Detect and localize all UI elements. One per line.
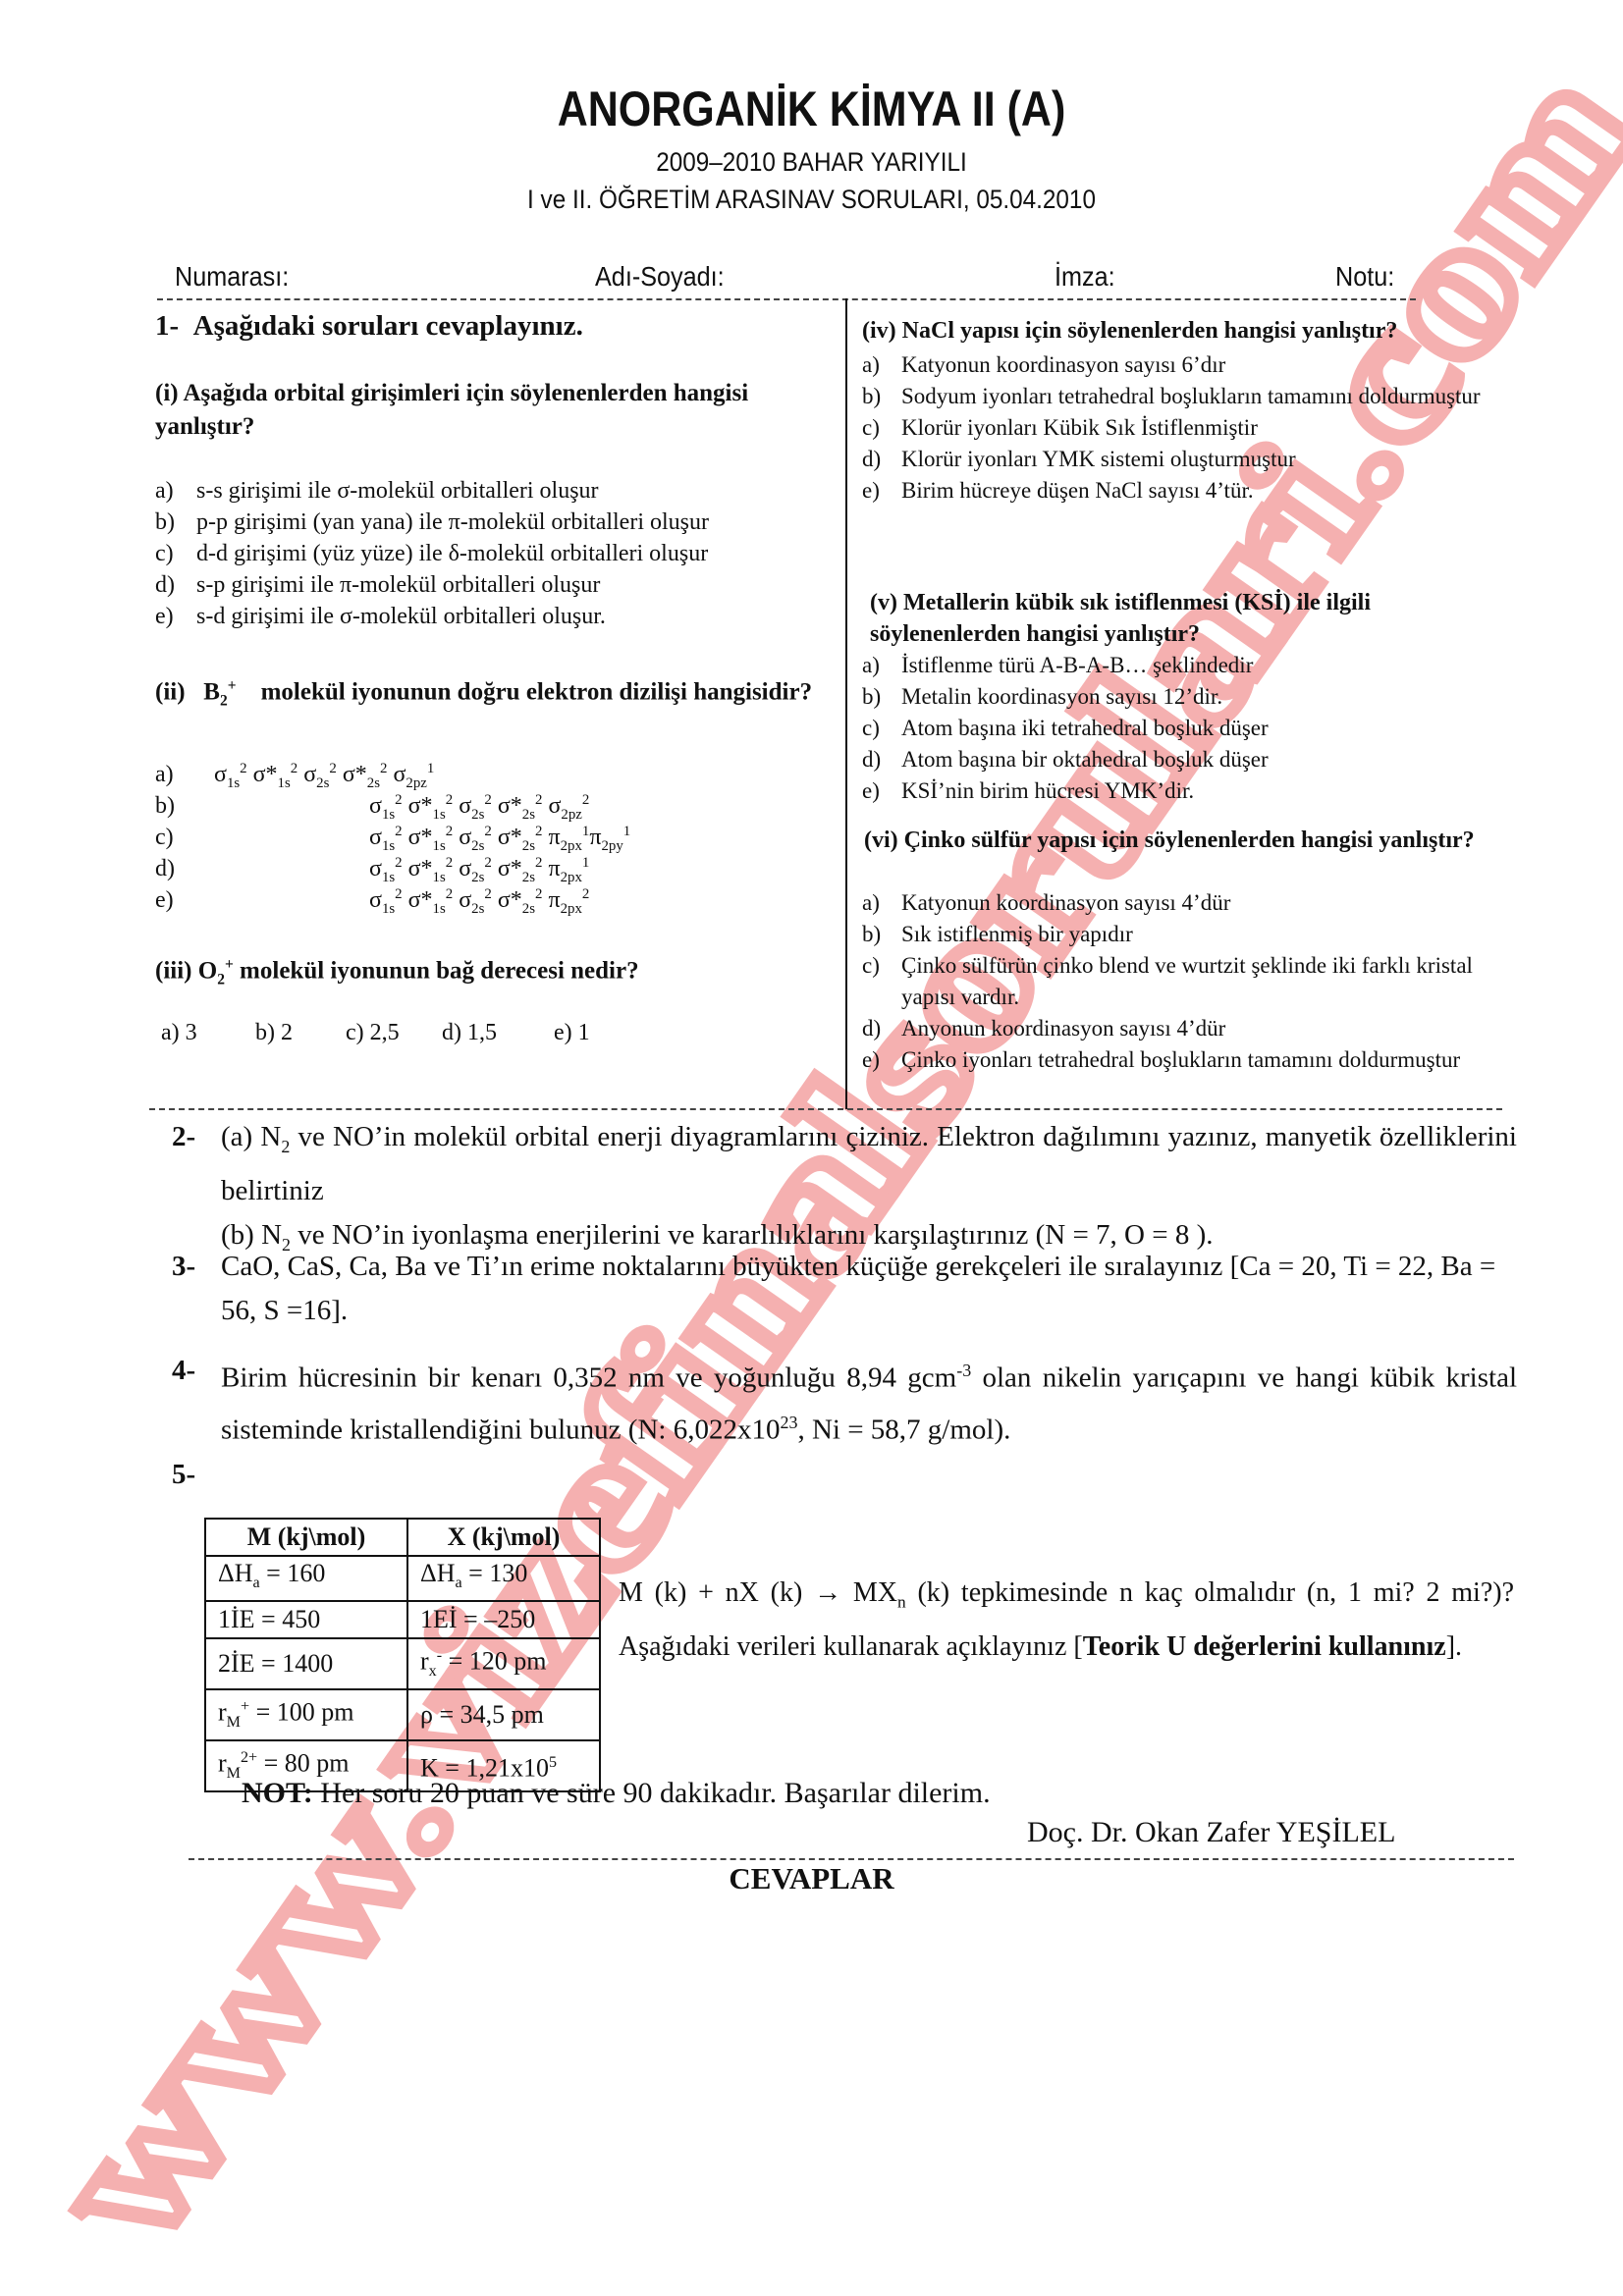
data-table: M (kj\mol) X (kj\mol) ΔHa = 160 ΔHa = 13… — [204, 1518, 601, 1792]
option-vi-b[interactable]: b)Sık istiflenmiş bir yapıdır — [862, 919, 1530, 950]
option-text: s-d girişimi ile σ-molekül orbitalleri o… — [196, 601, 709, 632]
question-1-iii-options: a) 3b) 2c) 2,5d) 1,5e) 1 — [161, 1017, 613, 1048]
option-vi-a[interactable]: a)Katyonun koordinasyon sayısı 4’dür — [862, 887, 1530, 919]
option-vi-d[interactable]: d)Anyonun koordinasyon sayısı 4’dür — [862, 1013, 1530, 1044]
exam-title: ANORGANİK KİMYA II (A) — [114, 80, 1510, 137]
option-text: KSİ’nin birim hücresi YMK’dir. — [901, 775, 1520, 807]
option-label: e) — [862, 1044, 901, 1076]
header-divider — [157, 298, 1416, 300]
option-text: Katyonun koordinasyon sayısı 4’dür — [901, 887, 1530, 919]
option-ii-b[interactable]: b)σ1s2 σ*1s2 σ2s2 σ*2s2 σ2pz2 — [155, 792, 589, 824]
option-label: a) — [862, 650, 901, 681]
option-text: Atom başına bir oktahedral boşluk düşer — [901, 744, 1520, 775]
question-1-vi: (vi) Çinko sülfür yapısı için söylenenle… — [864, 825, 1492, 856]
option-v-b[interactable]: b)Metalin koordinasyon sayısı 12’dir. — [862, 681, 1520, 713]
option-text: p-p girişimi (yan yana) ile π-molekül or… — [196, 507, 709, 538]
question-4: 4- Birim hücresinin bir kenarı 0,352 nm … — [172, 1349, 1517, 1452]
cell: rx- = 120 pm — [407, 1638, 600, 1689]
option-label: e) — [155, 601, 196, 632]
option-text: s-p girişimi ile π-molekül orbitalleri o… — [196, 569, 709, 601]
option-iv-e[interactable]: e)Birim hücreye düşen NaCl sayısı 4’tür. — [862, 475, 1520, 507]
option-i-e[interactable]: e)s-d girişimi ile σ-molekül orbitalleri… — [155, 601, 709, 632]
option-i-a[interactable]: a)s-s girişimi ile σ-molekül orbitalleri… — [155, 475, 709, 507]
option-text: Atom başına iki tetrahedral boşluk düşer — [901, 713, 1520, 744]
answers-heading: CEVAPLAR — [0, 1861, 1623, 1896]
option-ii-d[interactable]: d)σ1s2 σ*1s2 σ2s2 σ*2s2 π2px1 — [155, 855, 589, 886]
option-iv-c[interactable]: c)Klorür iyonları Kübik Sık İstiflenmişt… — [862, 412, 1520, 444]
question-1-i-options: a)s-s girişimi ile σ-molekül orbitalleri… — [155, 475, 709, 632]
section-divider — [149, 1108, 1502, 1110]
option-i-d[interactable]: d)s-p girişimi ile π-molekül orbitalleri… — [155, 569, 709, 601]
option-text: Klorür iyonları YMK sistemi oluşturmuştu… — [901, 444, 1520, 475]
option-label: d) — [155, 569, 196, 601]
option-text: İstiflenme türü A-B-A-B… şeklindedir — [901, 650, 1520, 681]
option-i-c[interactable]: c)d-d girişimi (yüz yüze) ile δ-molekül … — [155, 538, 709, 569]
option-label: d) — [862, 1013, 901, 1044]
option-label: d) — [862, 444, 901, 475]
option-label: e) — [862, 775, 901, 807]
option-iii-e[interactable]: e) 1 — [554, 1017, 613, 1048]
question-5-number: 5- — [172, 1453, 221, 1497]
column-divider — [845, 298, 847, 1109]
option-iii-d[interactable]: d) 1,5 — [442, 1017, 554, 1048]
option-ii-a[interactable]: a)σ1s2 σ*1s2 σ2s2 σ*2s2 σ2pz1 — [155, 761, 434, 792]
option-text: Katyonun koordinasyon sayısı 6’dır — [901, 349, 1520, 381]
option-label: b) — [862, 681, 901, 713]
option-text: Sodyum iyonları tetrahedral boşlukların … — [901, 381, 1520, 412]
option-label: c) — [862, 412, 901, 444]
option-text: s-s girişimi ile σ-molekül orbitalleri o… — [196, 475, 709, 507]
option-label: a) — [155, 475, 196, 507]
option-text: Çinko iyonları tetrahedral boşlukların t… — [901, 1044, 1530, 1076]
option-text: Anyonun koordinasyon sayısı 4’dür — [901, 1013, 1530, 1044]
option-v-c[interactable]: c)Atom başına iki tetrahedral boşluk düş… — [862, 713, 1520, 744]
cell: ΔHa = 160 — [205, 1556, 407, 1601]
footer-divider — [189, 1858, 1514, 1860]
option-label: b) — [155, 507, 196, 538]
option-text: Çinko sülfürün çinko blend ve wurtzit şe… — [901, 950, 1530, 1013]
option-vi-e[interactable]: e)Çinko iyonları tetrahedral boşlukların… — [862, 1044, 1530, 1076]
option-iv-b[interactable]: b)Sodyum iyonları tetrahedral boşlukları… — [862, 381, 1520, 412]
option-ii-e[interactable]: e)σ1s2 σ*1s2 σ2s2 σ*2s2 π2px2 — [155, 886, 589, 918]
option-v-a[interactable]: a)İstiflenme türü A-B-A-B… şeklindedir — [862, 650, 1520, 681]
question-1-ii: (ii) B2+ molekül iyonunun doğru elektron… — [155, 669, 828, 718]
option-iii-a[interactable]: a) 3 — [161, 1017, 255, 1048]
option-label: e) — [862, 475, 901, 507]
option-ii-c[interactable]: c)σ1s2 σ*1s2 σ2s2 σ*2s2 π2px1π2py1 — [155, 824, 630, 855]
question-3: 3- CaO, CaS, Ca, Ba ve Ti’ın erime nokta… — [172, 1245, 1517, 1333]
option-text: Klorür iyonları Kübik Sık İstiflenmiştir — [901, 412, 1520, 444]
question-1-iv-options: a)Katyonun koordinasyon sayısı 6’dırb)So… — [862, 349, 1520, 507]
option-text: Sık istiflenmiş bir yapıdır — [901, 919, 1530, 950]
cell: ΔHa = 130 — [407, 1556, 600, 1601]
option-label: b) — [862, 381, 901, 412]
option-label: a) — [862, 349, 901, 381]
question-1-vi-options: a)Katyonun koordinasyon sayısı 4’dürb)Sı… — [862, 887, 1530, 1076]
option-text: Birim hücreye düşen NaCl sayısı 4’tür. — [901, 475, 1520, 507]
field-grade: Notu: — [1335, 261, 1394, 293]
option-text: d-d girişimi (yüz yüze) ile δ-molekül or… — [196, 538, 709, 569]
question-1-iv: (iv) NaCl yapısı için söylenenlerden han… — [862, 318, 1397, 345]
option-vi-c[interactable]: c)Çinko sülfürün çinko blend ve wurtzit … — [862, 950, 1530, 1013]
option-v-e[interactable]: e)KSİ’nin birim hücresi YMK’dir. — [862, 775, 1520, 807]
field-student-number: Numarası: — [175, 261, 289, 293]
option-label: c) — [862, 713, 901, 744]
cell: rM+ = 100 pm — [205, 1689, 407, 1740]
option-iii-b[interactable]: b) 2 — [255, 1017, 346, 1048]
question-1-v-options: a)İstiflenme türü A-B-A-B… şeklindedirb)… — [862, 650, 1520, 807]
question-1-heading: 1- Aşağıdaki soruları cevaplayınız. — [155, 310, 583, 343]
question-1-i: (i) Aşağıda orbital girişimleri için söy… — [155, 377, 833, 444]
question-5-text: M (k) + nX (k) → MXn (k) tepkimesinde n … — [619, 1571, 1514, 1669]
option-i-b[interactable]: b)p-p girişimi (yan yana) ile π-molekül … — [155, 507, 709, 538]
option-iii-c[interactable]: c) 2,5 — [346, 1017, 442, 1048]
option-iv-a[interactable]: a)Katyonun koordinasyon sayısı 6’dır — [862, 349, 1520, 381]
option-label: d) — [862, 744, 901, 775]
field-signature: İmza: — [1055, 261, 1115, 293]
exam-session: I ve II. ÖĞRETİM ARASINAV SORULARI, 05.0… — [81, 185, 1542, 215]
question-1-v: (v) Metallerin kübik sık istiflenmesi (K… — [870, 587, 1518, 650]
question-1-iii: (iii) O2+ molekül iyonunun bağ derecesi … — [155, 956, 639, 988]
option-label: a) — [862, 887, 901, 919]
option-label: c) — [155, 538, 196, 569]
option-label: b) — [862, 919, 901, 950]
exam-term: 2009–2010 BAHAR YARIYILI — [81, 147, 1542, 178]
instructor-signature: Doç. Dr. Okan Zafer YEŞİLEL — [1027, 1816, 1395, 1849]
option-iv-d[interactable]: d)Klorür iyonları YMK sistemi oluşturmuş… — [862, 444, 1520, 475]
option-label: c) — [862, 950, 901, 1013]
option-text: Metalin koordinasyon sayısı 12’dir. — [901, 681, 1520, 713]
note: NOT: Her soru 20 puan ve süre 90 dakikad… — [242, 1777, 991, 1810]
field-name: Adı-Soyadı: — [595, 261, 725, 293]
option-v-d[interactable]: d)Atom başına bir oktahedral boşluk düşe… — [862, 744, 1520, 775]
